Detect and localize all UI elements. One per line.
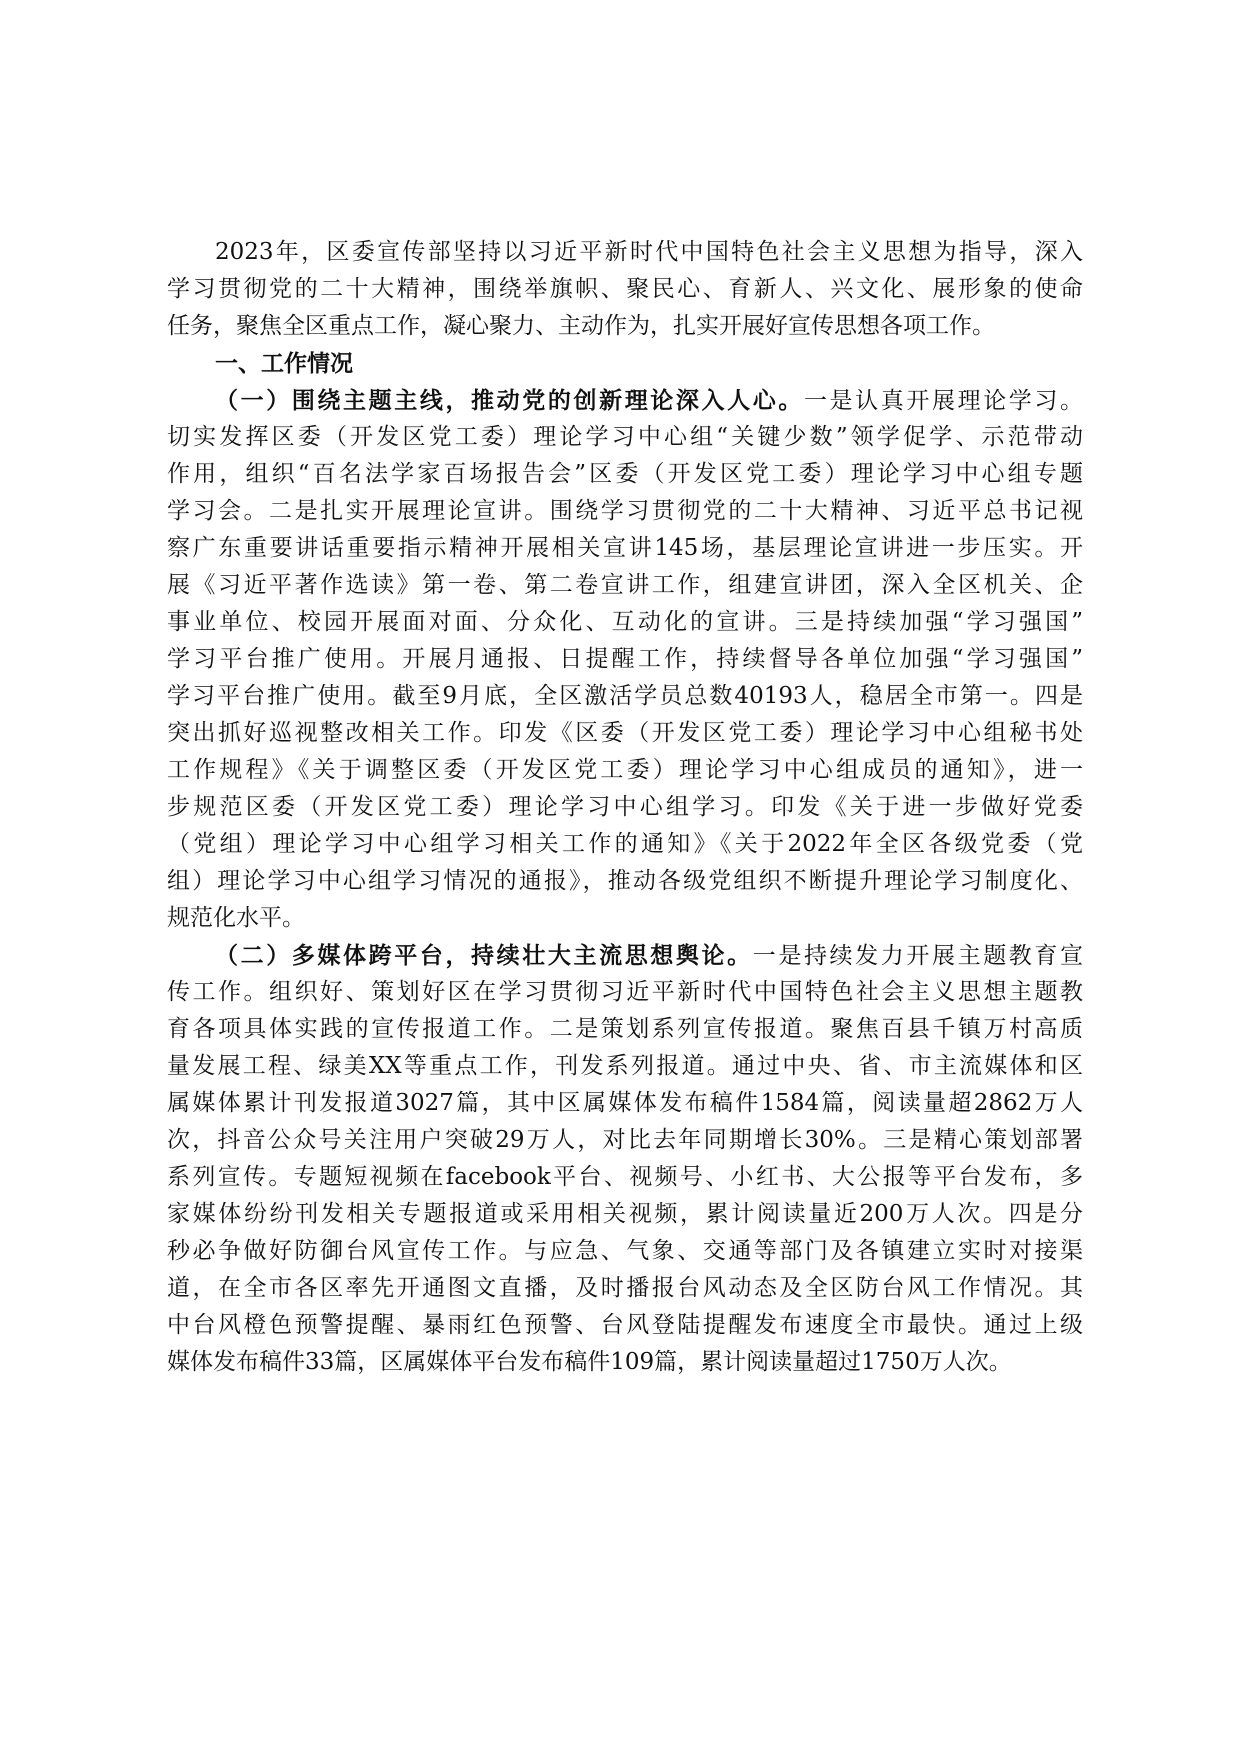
text-line: 系列宣传。专题短视频在facebook平台、视频号、小红书、大公报等平台发布，多 <box>167 1159 1083 1196</box>
text-line: 任务，聚焦全区重点工作，凝心聚力、主动作为，扎实开展好宣传思想各项工作。 <box>167 308 1083 345</box>
section-2-paragraph: （二）多媒体跨平台，持续壮大主流思想舆论。一是持续发力开展主题教育宣 传工作。组… <box>167 937 1083 1381</box>
text-line: 切实发挥区委（开发区党工委）理论学习中心组“关键少数”领学促学、示范带动 <box>167 419 1083 456</box>
intro-paragraph: 2023年，区委宣传部坚持以习近平新时代中国特色社会主义思想为指导，深入 学习贯… <box>167 234 1083 345</box>
text-line: 量发展工程、绿美XX等重点工作，刊发系列报道。通过中央、省、市主流媒体和区 <box>167 1048 1083 1085</box>
text-line: 学习平台推广使用。开展月通报、日提醒工作，持续督导各单位加强“学习强国” <box>167 641 1083 678</box>
document-page: 2023年，区委宣传部坚持以习近平新时代中国特色社会主义思想为指导，深入 学习贯… <box>167 234 1083 1381</box>
text-line: 2023年，区委宣传部坚持以习近平新时代中国特色社会主义思想为指导，深入 <box>167 234 1083 271</box>
text-line: 秒必争做好防御台风宣传工作。与应急、气象、交通等部门及各镇建立实时对接渠 <box>167 1233 1083 1270</box>
section-1-lead: 一是认真开展理论学习。 <box>804 388 1083 414</box>
section-1-paragraph: （一）围绕主题主线，推动党的创新理论深入人心。一是认真开展理论学习。 切实发挥区… <box>167 382 1083 937</box>
section-2-title: （二）多媒体跨平台，持续壮大主流思想舆论。 <box>215 942 753 969</box>
text-line: 学习贯彻党的二十大精神，围绕举旗帜、聚民心、育新人、兴文化、展形象的使命 <box>167 271 1083 308</box>
text-line: 步规范区委（开发区党工委）理论学习中心组学习。印发《关于进一步做好党委 <box>167 789 1083 826</box>
text-line: 事业单位、校园开展面对面、分众化、互动化的宣讲。三是持续加强“学习强国” <box>167 604 1083 641</box>
text-line: （二）多媒体跨平台，持续壮大主流思想舆论。一是持续发力开展主题教育宣 <box>167 937 1083 974</box>
text-line: 中台风橙色预警提醒、暴雨红色预警、台风登陆提醒发布速度全市最快。通过上级 <box>167 1307 1083 1344</box>
text-line: 突出抓好巡视整改相关工作。印发《区委（开发区党工委）理论学习中心组秘书处 <box>167 715 1083 752</box>
text-line: 属媒体累计刊发报道3027篇，其中区属媒体发布稿件1584篇，阅读量超2862万… <box>167 1085 1083 1122</box>
text-line: 察广东重要讲话重要指示精神开展相关宣讲145场，基层理论宣讲进一步压实。开 <box>167 530 1083 567</box>
section-1-title: （一）围绕主题主线，推动党的创新理论深入人心。 <box>215 387 804 414</box>
text-line: 媒体发布稿件33篇，区属媒体平台发布稿件109篇，累计阅读量超过1750万人次。 <box>167 1344 1083 1381</box>
text-line: 展《习近平著作选读》第一卷、第二卷宣讲工作，组建宣讲团，深入全区机关、企 <box>167 567 1083 604</box>
text-line: 家媒体纷纷刊发相关专题报道或采用相关视频，累计阅读量近200万人次。四是分 <box>167 1196 1083 1233</box>
text-line: 道，在全市各区率先开通图文直播，及时播报台风动态及全区防台风工作情况。其 <box>167 1270 1083 1307</box>
text-line: 次，抖音公众号关注用户突破29万人，对比去年同期增长30%。三是精心策划部署 <box>167 1122 1083 1159</box>
text-line: 工作规程》《关于调整区委（开发区党工委）理论学习中心组成员的通知》，进一 <box>167 752 1083 789</box>
text-line: 学习平台推广使用。截至9月底，全区激活学员总数40193人，稳居全市第一。四是 <box>167 678 1083 715</box>
section-heading: 一、工作情况 <box>167 345 1083 382</box>
text-line: 组）理论学习中心组学习情况的通报》，推动各级党组织不断提升理论学习制度化、 <box>167 863 1083 900</box>
section-2-lead: 一是持续发力开展主题教育宣 <box>753 943 1083 969</box>
text-line: 学习会。二是扎实开展理论宣讲。围绕学习贯彻党的二十大精神、习近平总书记视 <box>167 493 1083 530</box>
text-line: 传工作。组织好、策划好区在学习贯彻习近平新时代中国特色社会主义思想主题教 <box>167 974 1083 1011</box>
text-line: （一）围绕主题主线，推动党的创新理论深入人心。一是认真开展理论学习。 <box>167 382 1083 419</box>
text-line: 作用，组织“百名法学家百场报告会”区委（开发区党工委）理论学习中心组专题 <box>167 456 1083 493</box>
text-line: （党组）理论学习中心组学习相关工作的通知》《关于2022年全区各级党委（党 <box>167 826 1083 863</box>
text-line: 育各项具体实践的宣传报道工作。二是策划系列宣传报道。聚焦百县千镇万村高质 <box>167 1011 1083 1048</box>
text-line: 规范化水平。 <box>167 900 1083 937</box>
